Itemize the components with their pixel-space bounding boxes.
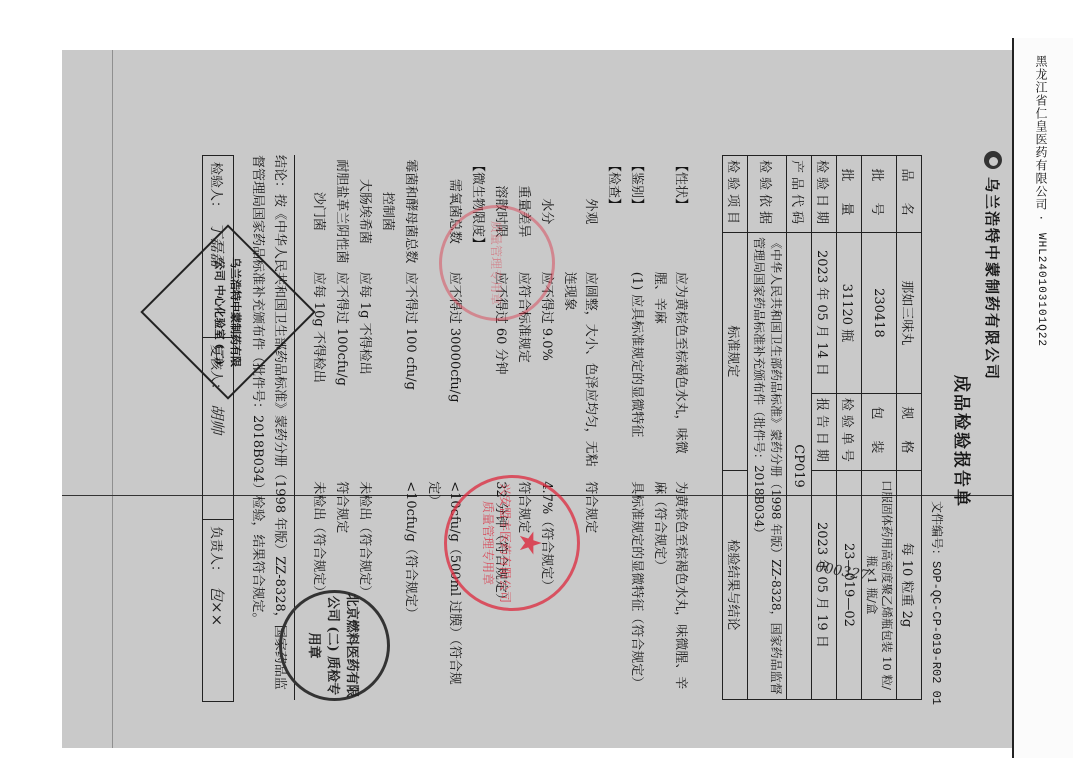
test-item-item: 耐胆盐革兰阴性菌 [330, 155, 353, 268]
manufacturer-name: 乌兰浩特中蒙制药有限公司 [983, 177, 1004, 381]
distributor-name: 黑龙江省仁皇医药有限公司 [1034, 55, 1048, 211]
test-item-row: 【鉴别】(1) 应具标准规定的显微特征具标准规定的显微特征（符合规定） [625, 155, 648, 700]
info-row: 批 号 230418 包 装 口服固体药用高密度聚乙烯瓶包装 10 粒/瓶×1 … [862, 156, 897, 700]
test-item-result: 为黄棕色至棕褐色水丸，味微腥、辛麻（符合规定） [648, 477, 692, 700]
test-item-standard: 应为黄棕色至棕褐色水丸，味微腥、辛麻 [648, 268, 692, 478]
test-item-row: 【性状】应为黄棕色至棕褐色水丸，味微腥、辛麻为黄棕色至棕褐色水丸，味微腥、辛麻（… [648, 155, 692, 700]
test-item-standard [376, 268, 399, 478]
header-strip-rule [1012, 38, 1014, 758]
test-item-standard [602, 268, 625, 478]
info-row: 产品代码 CP019 [787, 156, 812, 700]
manufacturer-header: 乌兰浩特中蒙制药有限公司 [976, 145, 1010, 715]
separator: · [1034, 216, 1048, 221]
info-row: 批 量 31120 瓶 检验单号 23—019—02 [837, 156, 862, 700]
test-item-result: 具标准规定的显微特征（符合规定） [625, 477, 648, 700]
red-stamp-qc: 质量管理专用章 [439, 205, 555, 321]
test-item-standard: 应不得过 100 cfu/g [399, 268, 422, 478]
test-item-item: 【检查】 [602, 155, 625, 268]
test-item-standard: 应每 1g 不得检出 [353, 268, 376, 478]
info-row: 品 名 那如三味丸 规 格 每 10 粒重 2g [897, 156, 922, 700]
info-row: 检验日期 2023 年 05 月 14 日 报告日期 2023 年 05 月 1… [812, 156, 837, 700]
test-item-item: 沙门菌 [307, 155, 330, 268]
file-number: 文件编号：SOP-QC-CP-019-R02 01 [929, 501, 946, 705]
test-item-item: 控制菌 [376, 155, 399, 268]
star-icon: ★ [514, 478, 544, 608]
test-item-standard: 应每 10g 不得检出 [307, 268, 330, 478]
test-item-standard: (1) 应具标准规定的显微特征 [625, 268, 648, 478]
test-item-result: <10cfu/g（符合规定） [399, 477, 422, 700]
test-item-row: 外观应圆整，大小、色泽应均匀，无粘连现象符合规定 [558, 155, 602, 700]
test-item-standard: 应圆整，大小、色泽应均匀，无粘连现象 [558, 268, 602, 478]
basis-row: 检验依据 《中华人民共和国卫生部药品标准》蒙药分册（1998 年版）ZZ-832… [748, 156, 787, 700]
red-stamp-distributor: ★兴安盟丰医药有限公司 质量管理专用章 [444, 475, 580, 611]
product-info-table: 品 名 那如三味丸 规 格 每 10 粒重 2g 批 号 230418 包 装 … [722, 155, 922, 700]
test-item-item: 【性状】 [648, 155, 692, 268]
test-item-item: 大肠埃希菌 [353, 155, 376, 268]
test-item-row: 【检查】 [602, 155, 625, 700]
test-item-item: 外观 [558, 155, 602, 268]
responsible-signature: 包×× [208, 586, 229, 626]
test-item-row: 霉菌和酵母菌总数应不得过 100 cfu/g<10cfu/g（符合规定） [399, 155, 422, 700]
test-item-standard: 应不得过 100cfu/g [330, 268, 353, 478]
company-logo-icon [984, 151, 1002, 169]
inspection-report: 乌兰浩特中蒙制药有限公司 成品检验报告单 文件编号：SOP-QC-CP-019-… [130, 145, 1010, 715]
test-item-result [602, 477, 625, 700]
header-strip-text: 黑龙江省仁皇医药有限公司 · WHL240103101Q22 [1030, 55, 1050, 348]
report-title: 成品检验报告单 [951, 375, 976, 508]
test-item-item: 霉菌和酵母菌总数 [399, 155, 422, 268]
dark-stamp-qc: 北京燃料医药有限公司 (二) 质检专用章 [279, 590, 390, 701]
document-code: WHL240103101Q22 [1035, 233, 1047, 347]
reviewer-signature: 胡帅 [208, 404, 229, 434]
test-item-item: 【鉴别】 [625, 155, 648, 268]
fold-line-vertical [112, 50, 113, 748]
column-header-row: 检验项目 标准规定 检验结果与结论 [723, 156, 748, 700]
responsible-person: 负责人：包×× [203, 520, 233, 701]
